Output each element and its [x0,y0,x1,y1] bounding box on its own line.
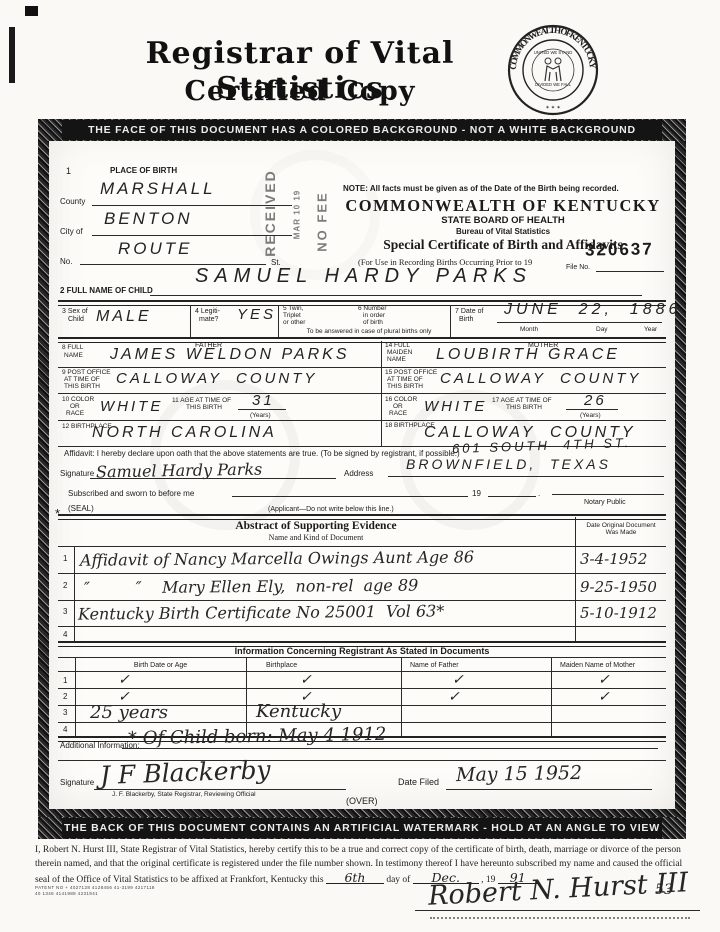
legitimate-label-1: 4 Legiti- [195,308,220,315]
filing-signature-value: J F Blackerby [100,755,271,790]
abstract-date-col-1: Date Original Document [578,522,664,529]
abstract-row-date: 5-10-1912 [580,604,657,622]
abstract-header-line [58,546,666,547]
abstract-row-text: Affidavit of Nancy Marcella Owings Aunt … [80,547,474,569]
registrant-col-divider [401,657,402,737]
certification-day-value: 6th [326,872,384,884]
check-mark: ✓ [118,672,130,688]
sex-label-1: 3 Sex of [62,308,88,315]
filing-signature-title: J. F. Blackerby, State Registrar, Review… [112,791,256,798]
mother-years-label: (Years) [580,412,601,419]
seal-ring-text: COMMONWEALTH OF KENTUCKY [508,25,598,70]
box-divider [190,305,191,337]
father-po-label-2: AT TIME OF [64,376,100,383]
mother-age-label-2: THIS BIRTH [506,404,542,411]
father-name-value: JAMES WELDON PARKS [110,346,350,364]
row-line [58,367,666,368]
additional-info-line [122,748,658,749]
father-race-value: WHITE [100,398,163,415]
year-label: Year [644,326,657,333]
sworn-text: Subscribed and sworn to before me [68,489,194,498]
file-no-line [596,271,664,272]
abstract-row-number: 3 [63,607,67,616]
abstract-title: Abstract of Supporting Evidence [58,520,574,532]
abstract-row-date: 3-4-1952 [580,550,647,568]
dob-label-1: 7 Date of [455,308,483,315]
applicant-note: (Applicant—Do not write below this line.… [268,506,394,513]
child-name-line [150,295,642,296]
registrant-col-divider [246,657,247,737]
city-value: BENTON [104,209,193,229]
father-age-line [238,409,286,410]
affidavit-address-line [388,476,664,477]
received-stamp: RECEIVED [262,158,278,268]
legitimate-label-2: mate? [199,316,218,323]
seal-motto-bottom: DIVIDED WE FALL [535,82,572,87]
mother-race-label-1: 16 COLOR [385,396,417,403]
registrant-row-number: 1 [63,676,67,685]
day-label: Day [596,326,608,333]
registrant-info-title: Information Concerning Registrant As Sta… [58,646,666,656]
file-no-label: File No. [566,264,590,271]
filing-signature-line [94,789,346,790]
father-po-label-1: 9 POST OFFICE [62,369,111,376]
registrant-age-value: 25 years [90,702,168,723]
registrant-header-top-line [58,657,666,658]
father-race-label-3: RACE [66,410,84,417]
face-banner: THE FACE OF THIS DOCUMENT HAS A COLORED … [62,120,662,140]
abstract-row-number: 2 [63,581,67,590]
mother-age-line [566,409,618,410]
notary-label: Notary Public [584,499,626,506]
affidavit-signature-label: Signature [60,469,94,478]
number-label-2: in order [363,312,385,319]
registrant-row-number: 4 [63,725,67,734]
patent-microprint: PATENT NO + 4027128 4128456 41-3199 4217… [35,885,195,896]
svg-text:COMMONWEALTH OF KENTUCKY: COMMONWEALTH OF KENTUCKY [508,25,598,70]
number-label-1: 6 Number [358,305,387,312]
affidavit-address-line2: BROWNFIELD, TEXAS [406,456,611,472]
commonwealth-heading: COMMONWEALTH OF KENTUCKY [340,196,666,216]
sworn-period: . [538,489,540,498]
number-label-3: of birth [363,319,383,326]
registrant-row-line [58,688,666,689]
note-text: NOTE: All facts must be given as of the … [343,184,663,193]
abstract-date-col-2: Was Made [578,529,664,536]
sworn-line [232,496,468,497]
affidavit-address-label: Address [344,469,373,478]
father-name-label-2: NAME [64,352,83,359]
mother-race-label-2: OR [393,403,403,410]
abstract-row-line [58,600,666,601]
affidavit-signature-line [90,478,336,479]
mother-age-label-1: 17 AGE AT TIME OF [492,397,552,404]
section-divider [58,337,666,343]
received-date-stamp: MAR 10 19 [293,170,302,260]
abstract-row-date: 9-25-1950 [580,578,657,596]
box-divider [278,305,279,337]
registrant-row-number: 3 [63,708,67,717]
street-value: ROUTE [118,239,193,259]
over-label: (OVER) [346,796,378,806]
street-no-label: No. [60,257,72,266]
legitimate-value: YES [237,306,276,323]
sex-value: MALE [96,308,152,326]
father-age-label-1: 11 AGE AT TIME OF [172,397,231,404]
seal-label: (SEAL) [68,504,94,513]
registrant-row-number: 2 [63,692,67,701]
check-mark: ✓ [452,672,464,688]
mother-po-label-3: THIS BIRTH [387,383,423,390]
scan-artifact-bar [9,27,15,83]
microprint-dashes [430,917,690,919]
scan-artifact-mark [25,6,38,16]
mother-name-label-2: MAIDEN [387,349,412,356]
col-header-father: Name of Father [410,662,459,669]
scanned-document-page: Registrar of Vital Statistics Certified … [0,0,720,932]
registrant-birthplace-value: Kentucky [256,701,341,722]
date-filed-value: May 15 1952 [456,762,583,786]
mother-name-value: LOUBIRTH GRACE [436,346,620,364]
twin-label-3: or other [283,319,305,326]
registrant-col-divider [551,657,552,737]
place-of-birth-label: PLACE OF BIRTH [110,166,177,175]
father-race-label-1: 10 COLOR [62,396,94,403]
col-header-birthdate: Birth Date or Age [75,662,246,669]
registrar-signature-line [415,910,700,911]
city-label: City of [60,227,83,236]
no-fee-stamp: NO FEE [315,187,330,257]
row-line [58,420,666,421]
check-mark: ✓ [300,672,312,688]
dob-label-2: Birth [459,316,473,323]
father-po-value: CALLOWAY COUNTY [116,370,317,387]
twin-label-2: Triplet [283,312,301,319]
item-1-number: 1 [66,166,71,176]
father-years-label: (Years) [250,412,271,419]
bureau-heading: Bureau of Vital Statistics [340,227,666,236]
mother-po-label-1: 15 POST OFFICE [385,369,437,376]
row-line [58,393,666,394]
date-filed-line [446,789,652,790]
child-name-label: 2 FULL NAME OF CHILD [60,286,153,295]
dob-value: JUNE 22, 1886 [504,301,681,319]
back-banner: THE BACK OF THIS DOCUMENT CONTAINS AN AR… [62,818,662,838]
mother-name-label-3: NAME [387,356,406,363]
dob-line [497,322,662,323]
col-header-birthplace: Birthplace [266,662,297,669]
twin-label-1: 5 Twin, [283,305,303,312]
mother-name-label-1: 14 FULL [385,342,410,349]
filing-signature-label: Signature [60,778,94,787]
seal-motto-top: UNITED WE STAND [534,50,573,55]
abstract-subtitle: Name and Kind of Document [58,533,574,542]
abstract-row-number: 4 [63,630,67,639]
file-number-stamp: 320637 [585,239,654,260]
father-birthplace-value: NORTH CAROLINA [92,424,277,442]
seal-bottom-marks: ✶ ✶ ✶ [545,105,560,111]
father-race-label-2: OR [70,403,80,410]
month-label: Month [520,326,538,333]
father-age-value: 31 [252,392,275,409]
father-age-label-2: THIS BIRTH [186,404,222,411]
mother-po-value: CALLOWAY COUNTY [440,370,641,387]
child-name-value: SAMUEL HARDY PARKS [195,265,532,288]
kentucky-state-seal-icon: COMMONWEALTH OF KENTUCKY UNITED WE STAND… [497,23,609,117]
check-mark: ✓ [448,689,460,705]
mother-race-label-3: RACE [389,410,407,417]
abstract-row-text: ″ ″ Mary Ellen Ely, non-rel age 89 [84,576,418,598]
county-label: County [60,197,85,206]
sworn-year-line [488,496,536,497]
registrant-header-bottom-line [58,671,666,672]
col-header-mother: Maiden Name of Mother [560,662,635,669]
abstract-row-text: Kentucky Birth Certificate No 25001 Vol … [78,601,444,623]
county-value: MARSHALL [100,179,216,199]
abstract-row-line [58,626,666,627]
sex-label-2: Child [68,316,84,323]
check-mark: ✓ [598,689,610,705]
notary-line [552,494,664,495]
registrant-col-divider [75,657,76,737]
father-name-label-1: 8 FULL [62,344,83,351]
father-po-label-3: THIS BIRTH [64,383,100,390]
state-board-heading: STATE BOARD OF HEALTH [340,215,666,226]
box-divider [450,305,451,337]
day-of-label: day of [386,875,410,885]
plural-note: To be answered in case of plural births … [290,328,448,335]
abstract-date-col-divider [575,517,576,641]
abstract-row-line [58,573,666,574]
abstract-row-number: 1 [63,554,67,563]
check-mark: ✓ [598,672,610,688]
mother-race-value: WHITE [424,398,487,415]
mother-po-label-2: AT TIME OF [387,376,423,383]
date-filed-label: Date Filed [398,777,439,787]
sworn-year-prefix: 19 [472,489,481,498]
document-title-line2: Certified Copy [100,76,500,107]
mother-age-value: 26 [584,392,607,409]
